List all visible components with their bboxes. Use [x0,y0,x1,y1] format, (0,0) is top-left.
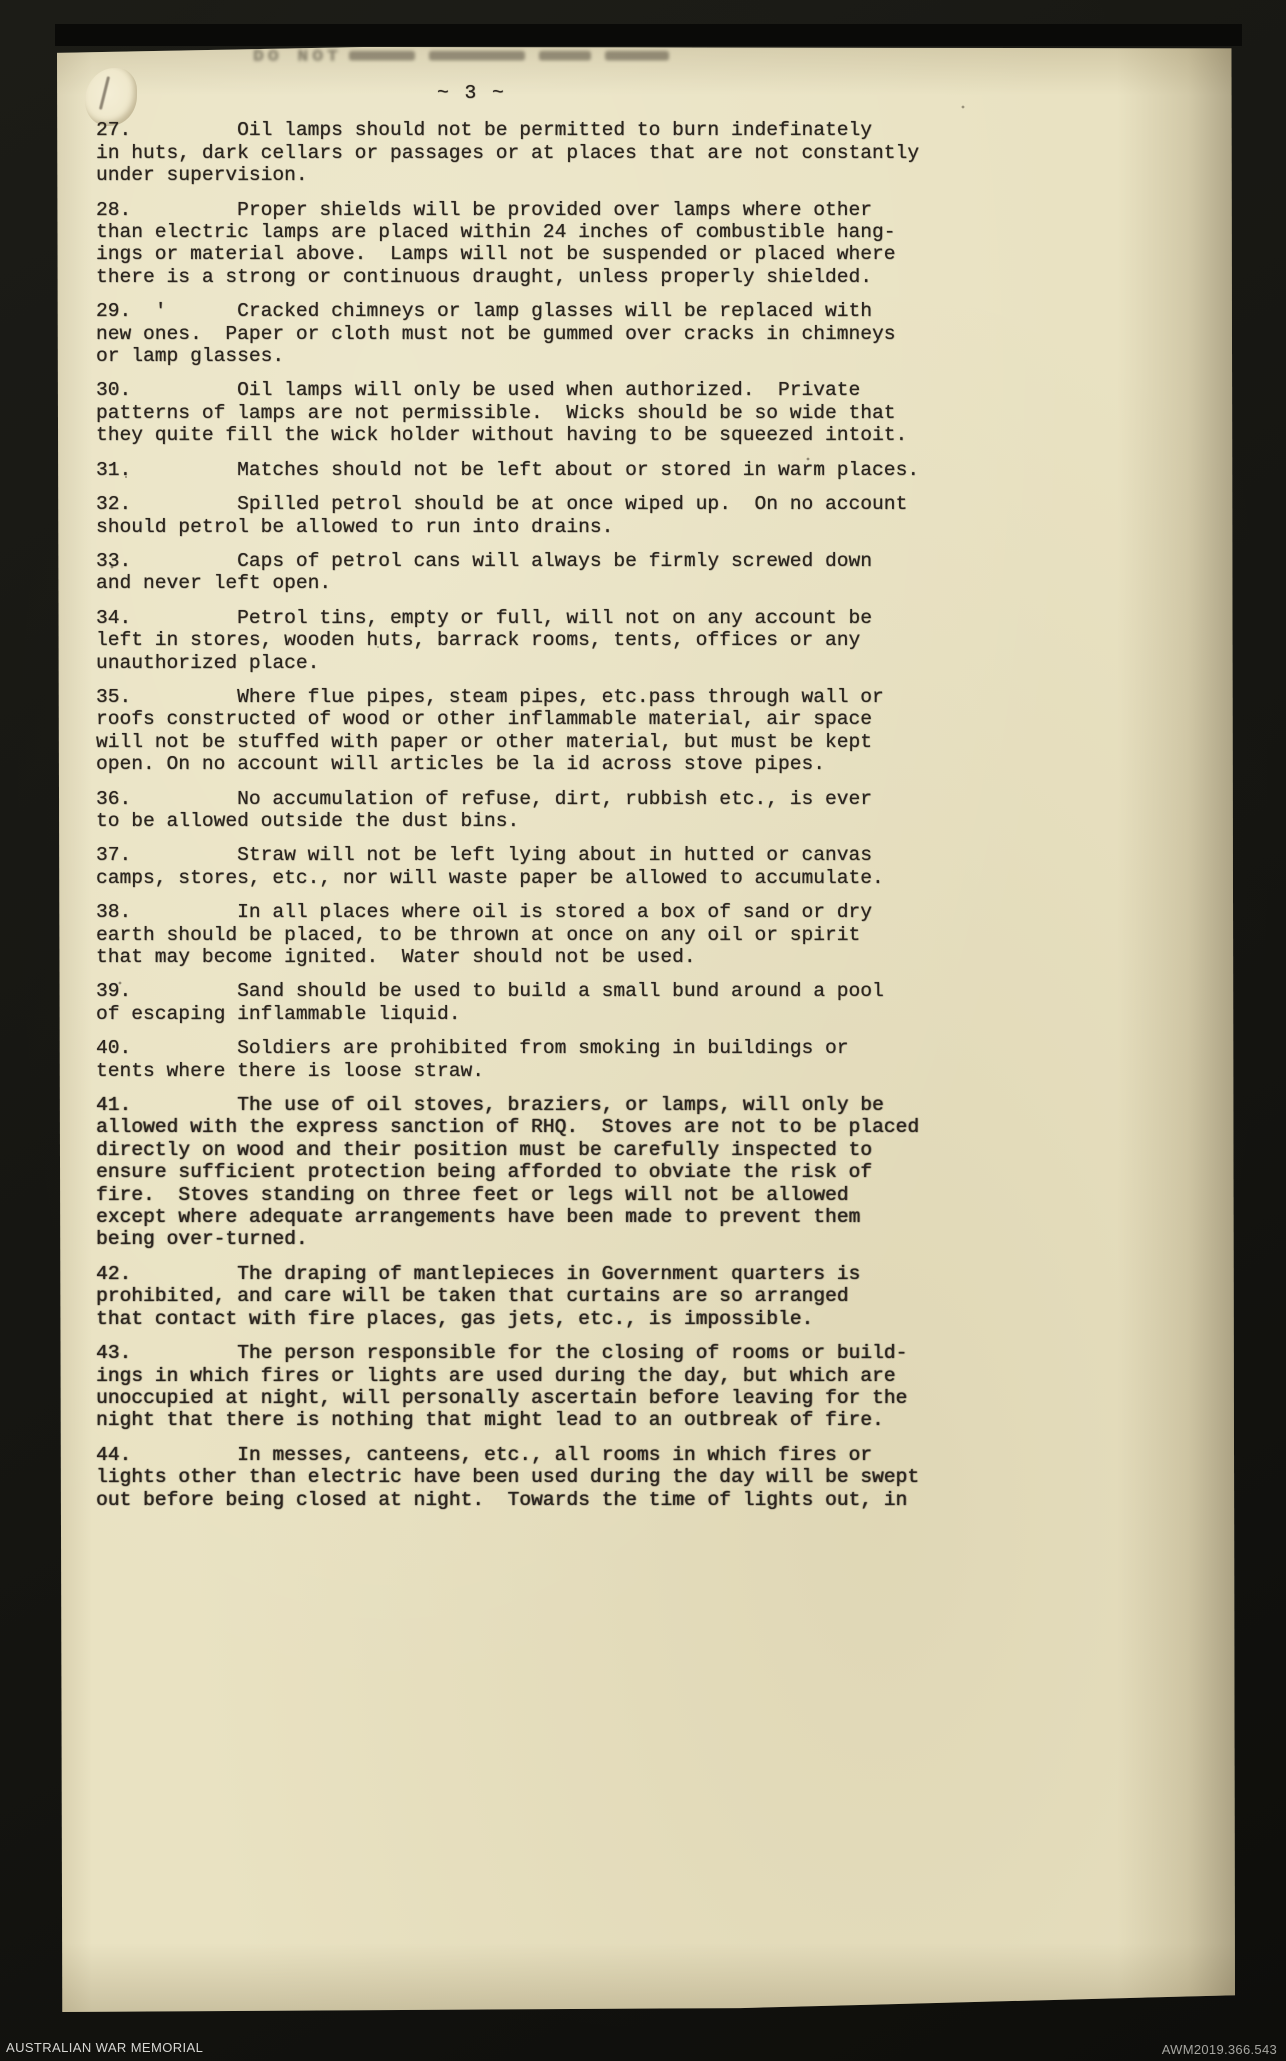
item-body: The use of oil stoves, braziers, or lamp… [96,1094,919,1250]
document-items: 27. Oil lamps should not be permitted to… [96,119,1195,1511]
regulation-item: 39. Sand should be used to build a small… [96,980,1195,1025]
item-number: 33. [96,550,237,572]
page-content: DO NOT ~ 3 ~ 27. Oil lamps should not be… [57,46,1235,1511]
regulation-item: 38. In all places where oil is stored a … [96,901,1195,968]
page-number: ~ 3 ~ [96,82,1195,104]
regulation-item: 33. Caps of petrol cans will always be f… [96,550,1195,595]
archive-id-caption: AWM2019.366.543 [1162,2042,1277,2057]
item-number: 42. [96,1263,237,1285]
regulation-item: 30. Oil lamps will only be used when aut… [96,379,1195,446]
item-number: 38. [96,901,237,923]
regulation-item: 40. Soldiers are prohibited from smoking… [96,1037,1195,1082]
regulation-item: 32. Spilled petrol should be at once wip… [96,493,1195,538]
stamp-smudge [349,51,415,61]
regulation-item: 28. Proper shields will be provided over… [96,199,1195,289]
item-number: 31. [96,459,237,481]
ink-specks [57,46,59,48]
item-body: Matches should not be left about or stor… [237,459,919,481]
item-number: 29. ' [96,300,237,322]
regulation-item: 34. Petrol tins, empty or full, will not… [96,607,1195,674]
item-number: 35. [96,686,237,708]
regulation-item: 29. ' Cracked chimneys or lamp glasses w… [96,300,1195,367]
item-number: 40. [96,1037,237,1059]
regulation-item: 36. No accumulation of refuse, dirt, rub… [96,788,1195,833]
stamp-smudge [605,51,669,61]
item-number: 43. [96,1342,237,1364]
faded-stamp: DO NOT [253,47,676,67]
item-number: 30. [96,379,237,401]
item-number: 36. [96,788,237,810]
regulation-item: 41. The use of oil stoves, braziers, or … [96,1094,1195,1251]
item-number: 28. [96,199,237,221]
item-number: 41. [96,1094,237,1116]
item-number: 27. [96,119,237,141]
stamp-smudge [429,51,525,61]
stamp-text: DO NOT [253,48,342,66]
regulation-item: 44. In messes, canteens, etc., all rooms… [96,1444,1195,1511]
item-number: 34. [96,607,237,629]
regulation-item: 31. Matches should not be left about or … [96,459,1195,481]
mount-top-strip [55,24,1242,46]
regulation-item: 27. Oil lamps should not be permitted to… [96,119,1195,186]
item-number: 39. [96,980,237,1002]
regulation-item: 37. Straw will not be left lying about i… [96,844,1195,889]
item-number: 44. [96,1444,237,1466]
stamp-smudge [539,51,591,61]
regulation-item: 42. The draping of mantlepieces in Gover… [96,1263,1195,1330]
item-number: 37. [96,844,237,866]
item-number: 32. [96,493,237,515]
regulation-item: 35. Where flue pipes, steam pipes, etc.p… [96,686,1195,776]
document-page: DO NOT ~ 3 ~ 27. Oil lamps should not be… [57,46,1235,2012]
scan-background: DO NOT ~ 3 ~ 27. Oil lamps should not be… [0,0,1286,2061]
archive-name-caption: AUSTRALIAN WAR MEMORIAL [6,2040,203,2055]
regulation-item: 43. The person responsible for the closi… [96,1342,1195,1432]
